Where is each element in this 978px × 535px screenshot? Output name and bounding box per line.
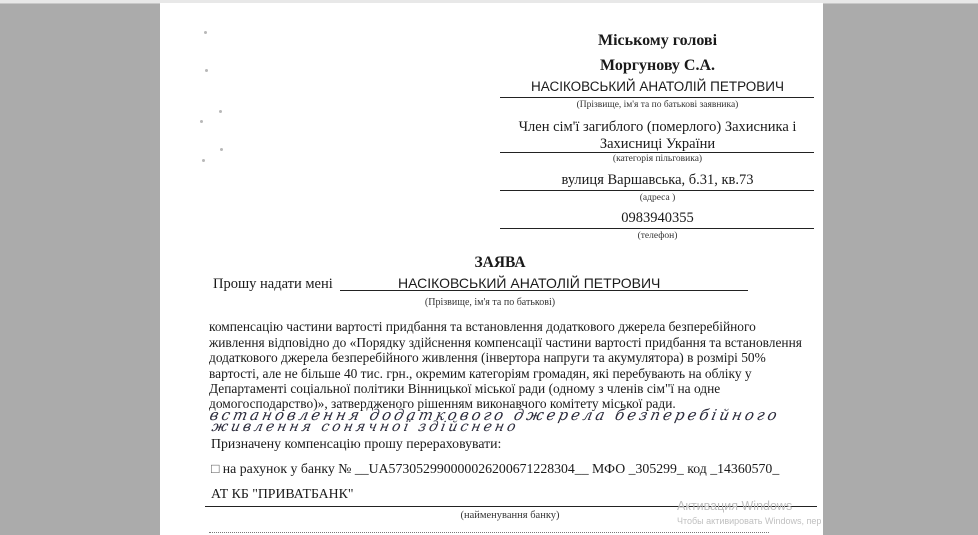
document-page: Міському голові Моргунову С.А. НАСІКОВСЬ…: [160, 3, 823, 535]
scan-speck: [200, 120, 203, 123]
category-line-2: Захисниці України: [500, 136, 815, 153]
request-name: НАСІКОВСЬКИЙ АНАТОЛІЙ ПЕТРОВИЧ: [398, 275, 660, 291]
category-caption: (категорія пільговика): [500, 154, 815, 164]
account-checkbox[interactable]: □: [211, 461, 219, 476]
address-caption: (адреса ): [500, 193, 815, 203]
address-rule: [500, 190, 814, 191]
applicant-address: вулиця Варшавська, б.31, кв.73: [500, 172, 815, 189]
bank-name: АТ КБ "ПРИВАТБАНК": [211, 486, 353, 502]
document-title: ЗАЯВА: [400, 254, 600, 272]
applicant-name-rule: [500, 97, 814, 98]
body-line-5: Департаменті соціальної політики Вінниць…: [209, 381, 720, 397]
scan-speck: [202, 159, 205, 162]
activation-watermark-title: Активация Windows: [677, 499, 792, 513]
body-line-3: додаткового джерела безперебійного живле…: [209, 350, 766, 366]
category-rule: [500, 152, 814, 153]
scan-speck: [205, 69, 208, 72]
addressee-line-2: Моргунову С.А.: [500, 57, 815, 75]
request-label: Прошу надати мені: [213, 276, 333, 293]
scan-speck: [219, 110, 222, 113]
phone-caption: (телефон): [500, 231, 815, 241]
body-line-2: живлення відповідно до «Порядку здійснен…: [209, 335, 802, 351]
phone-rule: [500, 228, 814, 229]
payment-label: Призначену компенсацію прошу перераховув…: [211, 436, 501, 452]
category-line-1: Член сім'ї загиблого (померлого) Захисни…: [500, 119, 815, 136]
scan-speck: [220, 148, 223, 151]
applicant-name: НАСІКОВСЬКИЙ АНАТОЛІЙ ПЕТРОВИЧ: [500, 79, 815, 94]
activation-watermark-subtitle: Чтобы активировать Windows, пер: [677, 516, 821, 526]
addressee-line-1: Міському голові: [500, 32, 815, 50]
account-details: на рахунок у банку № __UA573052990000026…: [223, 461, 779, 476]
body-line-1: компенсацію частини вартості придбання т…: [209, 319, 756, 335]
request-name-caption: (Прізвище, ім'я та по батькові): [390, 297, 590, 308]
bank-name-caption: (найменування банку): [410, 510, 610, 521]
payment-account-row: □ на рахунок у банку № __UA5730529900000…: [211, 461, 779, 477]
handwritten-line-2: живлення сонячної здійснено: [210, 419, 520, 435]
scan-speck: [204, 31, 207, 34]
body-line-4: вартості, але не більше 40 тис. грн., ок…: [209, 366, 752, 382]
applicant-phone: 0983940355: [500, 210, 815, 227]
applicant-name-caption: (Прізвище, ім'я та по батькові заявника): [500, 100, 815, 110]
